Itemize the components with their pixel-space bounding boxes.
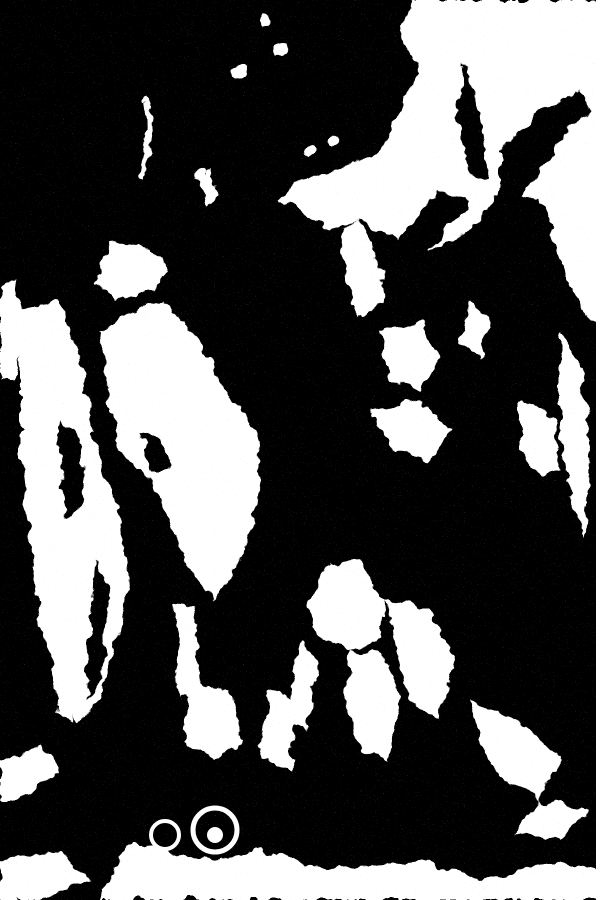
- illustration-canvas: [0, 0, 600, 900]
- right-margin: [596, 0, 600, 900]
- illustration: [0, 0, 600, 900]
- paper-grain: [0, 0, 600, 900]
